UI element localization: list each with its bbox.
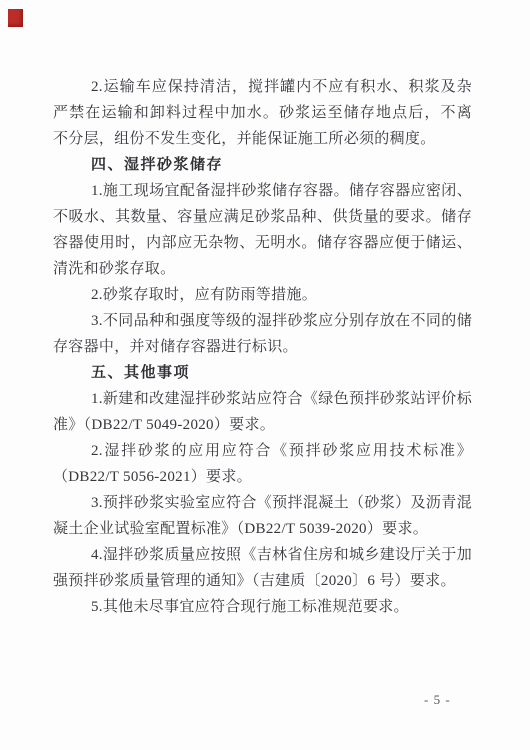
doc-line: 凝土企业试验室配置标准》（DB22/T 5039-2020）要求。 (53, 516, 472, 542)
section-heading-5: 五、其他事项 (53, 360, 472, 386)
doc-line: 1.新建和改建湿拌砂浆站应符合《绿色预拌砂浆站评价标 (53, 386, 472, 412)
doc-line: 严禁在运输和卸料过程中加水。砂浆运至储存地点后，不离析、 (53, 100, 472, 126)
doc-line: 3.不同品种和强度等级的湿拌砂浆应分别存放在不同的储 (53, 308, 472, 334)
document-page: 2.运输车应保持清洁，搅拌罐内不应有积水、积浆及杂物， 严禁在运输和卸料过程中加… (0, 0, 530, 750)
doc-line: 容器使用时，内部应无杂物、无明水。储存容器应便于储运、 (53, 230, 472, 256)
red-stamp-mark (8, 9, 23, 27)
doc-line: 不吸水、其数量、容量应满足砂浆品种、供货量的要求。储存 (53, 204, 472, 230)
doc-line: 2.湿拌砂浆的应用应符合《预拌砂浆应用技术标准》 (53, 438, 472, 464)
doc-line: 强预拌砂浆质量管理的通知》（吉建质〔2020〕6 号）要求。 (53, 568, 472, 594)
doc-line: 存容器中，并对储存容器进行标识。 (53, 334, 472, 360)
doc-line: 3.预拌砂浆实验室应符合《预拌混凝土（砂浆）及沥青混 (53, 490, 472, 516)
doc-line: 5.其他未尽事宜应符合现行施工标准规范要求。 (53, 594, 472, 620)
document-body: 2.运输车应保持清洁，搅拌罐内不应有积水、积浆及杂物， 严禁在运输和卸料过程中加… (53, 74, 472, 620)
doc-line: （DB22/T 5056-2021）要求。 (53, 464, 472, 490)
doc-line: 2.砂浆存取时，应有防雨等措施。 (53, 282, 472, 308)
doc-line: 2.运输车应保持清洁，搅拌罐内不应有积水、积浆及杂物， (53, 74, 472, 100)
doc-line: 清洗和砂浆存取。 (53, 256, 472, 282)
doc-line: 1.施工现场宜配备湿拌砂浆储存容器。储存容器应密闭、 (53, 178, 472, 204)
section-heading-4: 四、湿拌砂浆储存 (53, 152, 472, 178)
page-number: - 5 - (424, 691, 451, 709)
doc-line: 准》（DB22/T 5049-2020）要求。 (53, 412, 472, 438)
doc-line: 4.湿拌砂浆质量应按照《吉林省住房和城乡建设厅关于加 (53, 542, 472, 568)
doc-line: 不分层，组份不发生变化，并能保证施工所必须的稠度。 (53, 126, 472, 152)
